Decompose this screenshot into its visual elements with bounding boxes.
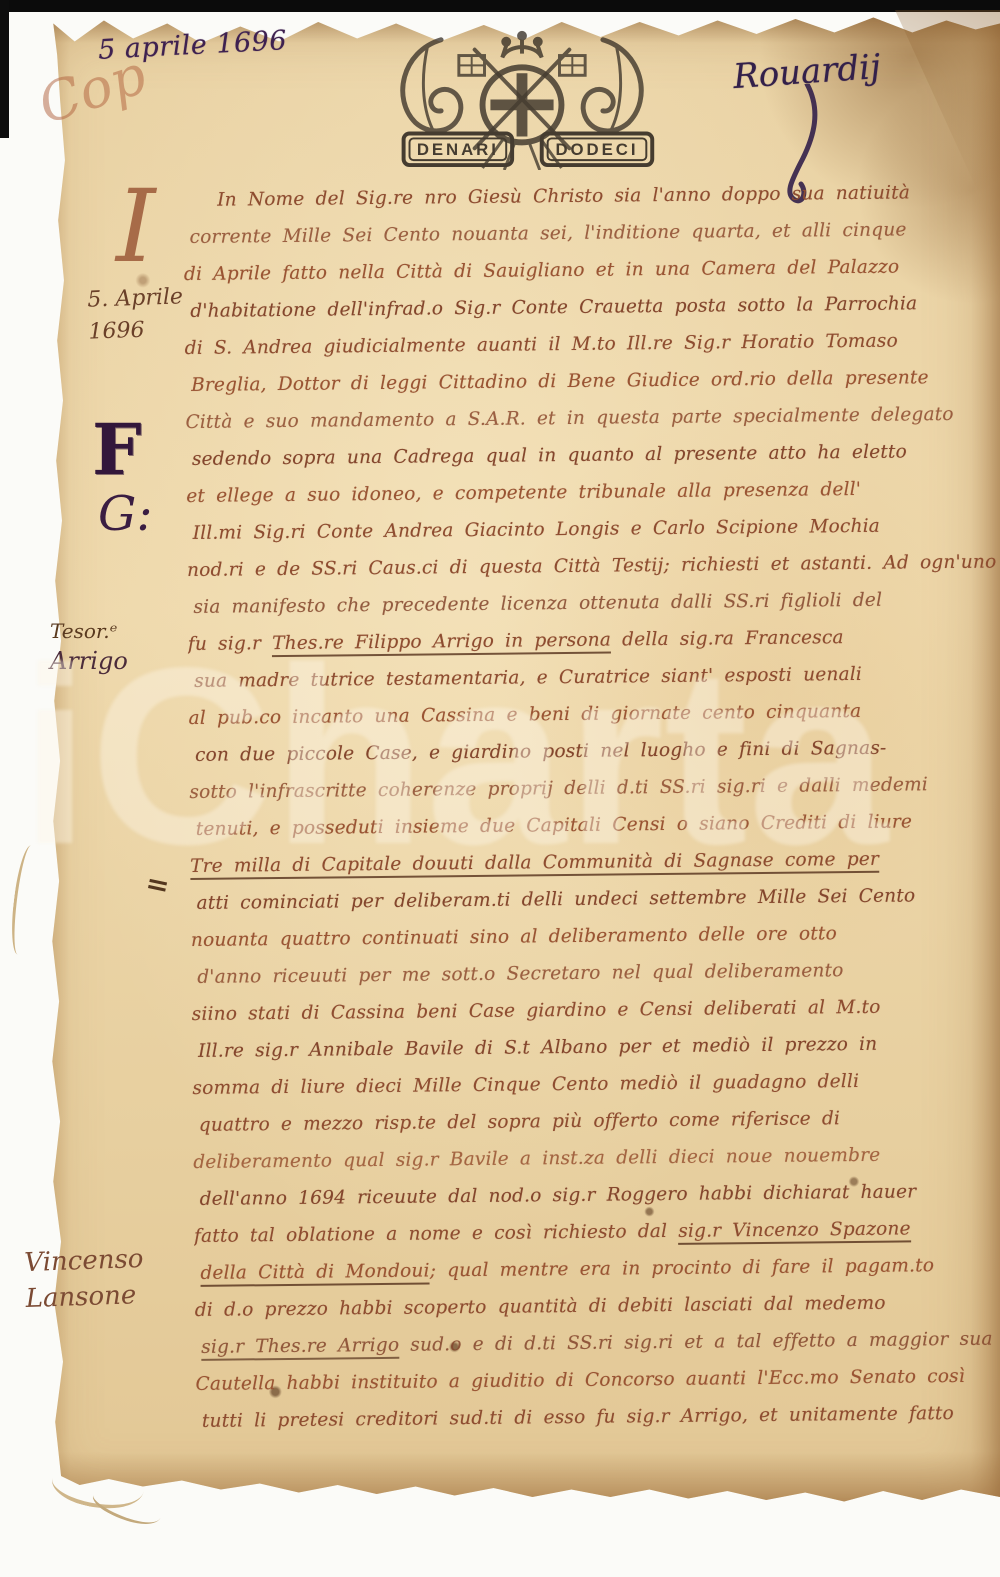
text-segment: somma di liure dieci Mille Cinque Cento … [192, 1071, 859, 1099]
scanner-edge-strip [0, 0, 9, 138]
scanner-edge-bar [0, 0, 1000, 12]
text-segment: dell'anno 1694 riceuute dal nod.o sig.r … [200, 1181, 917, 1210]
text-segment: tutti li pretesi creditori sud.ti di ess… [202, 1403, 954, 1432]
text-segment: ; qual mentre era in procinto di fare il… [430, 1255, 935, 1281]
text-segment: Ill.mi Sig.ri Conte Andrea Giacinto Long… [193, 516, 881, 544]
margin-date-line1: 5. Aprile [87, 281, 184, 316]
text-segment: siino stati di Cassina beni Case giardin… [192, 997, 881, 1025]
underlined-phrase: della Città di Mondoui [200, 1260, 429, 1286]
text-segment: sedendo sopra una Cadrega qual in quanto… [192, 441, 907, 469]
stamp-cross-shield [483, 67, 562, 142]
manuscript-line: tutti li pretesi creditori sud.ti di ess… [202, 1394, 1000, 1440]
margin-date-line2: 1696 [88, 313, 185, 348]
underlined-phrase: sig.r Thes.re Arrigo [201, 1335, 399, 1361]
tax-stamp: DENARI DODECI [363, 22, 681, 170]
text-segment: Cautella habbi instituito a giuditio di … [195, 1366, 965, 1395]
margin-letter-f: F [92, 408, 142, 491]
text-segment: d'habitatione dell'infrad.o Sig.r Conte … [190, 293, 917, 322]
margin-letter-g: G: [98, 486, 153, 542]
margin-vincenso: Vincenso [24, 1241, 144, 1281]
text-segment: Breglia, Dottor di leggi Cittadino di Be… [191, 367, 929, 396]
text-segment: quattro e mezzo risp.te del sopra più of… [199, 1108, 840, 1136]
text-segment: corrente Mille Sei Cento nouanta sei, l'… [189, 219, 906, 248]
stamp-value-boxes: DENARI DODECI [404, 133, 653, 165]
text-segment: di Aprile fatto nella Città di Sauiglian… [184, 257, 900, 285]
text-segment: deliberamento qual sig.r Bavile a inst.z… [193, 1145, 880, 1173]
text-segment: d'anno riceuuti per me sott.o Secretaro … [197, 960, 843, 988]
flourished-initial: I [116, 168, 156, 285]
text-segment: di S. Andrea giudicialmente auanti il M.… [185, 331, 898, 359]
icharta-watermark: iCharta [20, 592, 1000, 932]
stamp-right-label: DODECI [556, 140, 639, 159]
stamp-left-label: DENARI [417, 140, 499, 159]
text-segment: sud.o e di d.ti SS.ri sig.ri et a tal ef… [399, 1329, 993, 1356]
text-segment: di d.o prezzo habbi scoperto quantità di… [195, 1293, 886, 1321]
text-segment: In Nome del Sig.re nro Giesù Christo sia… [217, 182, 910, 210]
text-segment: fatto tal oblatione a nome e così richie… [194, 1221, 678, 1247]
text-segment: Ill.re sig.r Annibale Bavile di S.t Alba… [198, 1034, 877, 1062]
underlined-phrase: sig.r Vincenzo Spazone [678, 1218, 911, 1244]
margin-note-date: 5. Aprile 1696 [87, 281, 185, 348]
margin-note-vincenso-lansone: Vincenso Lansone [24, 1241, 146, 1317]
manuscript-scan: 5 aprile 1696 Cop Rouardij [0, 0, 1000, 1577]
text-segment: Città e suo mandamento a S.A.R. et in qu… [185, 404, 953, 433]
stamp-crown [502, 33, 541, 58]
margin-lansone: Lansone [25, 1277, 145, 1317]
text-segment: nod.ri e de SS.ri Caus.ci di questa Citt… [187, 552, 997, 581]
text-segment: et ellege a suo idoneo, e competente tri… [186, 479, 861, 507]
